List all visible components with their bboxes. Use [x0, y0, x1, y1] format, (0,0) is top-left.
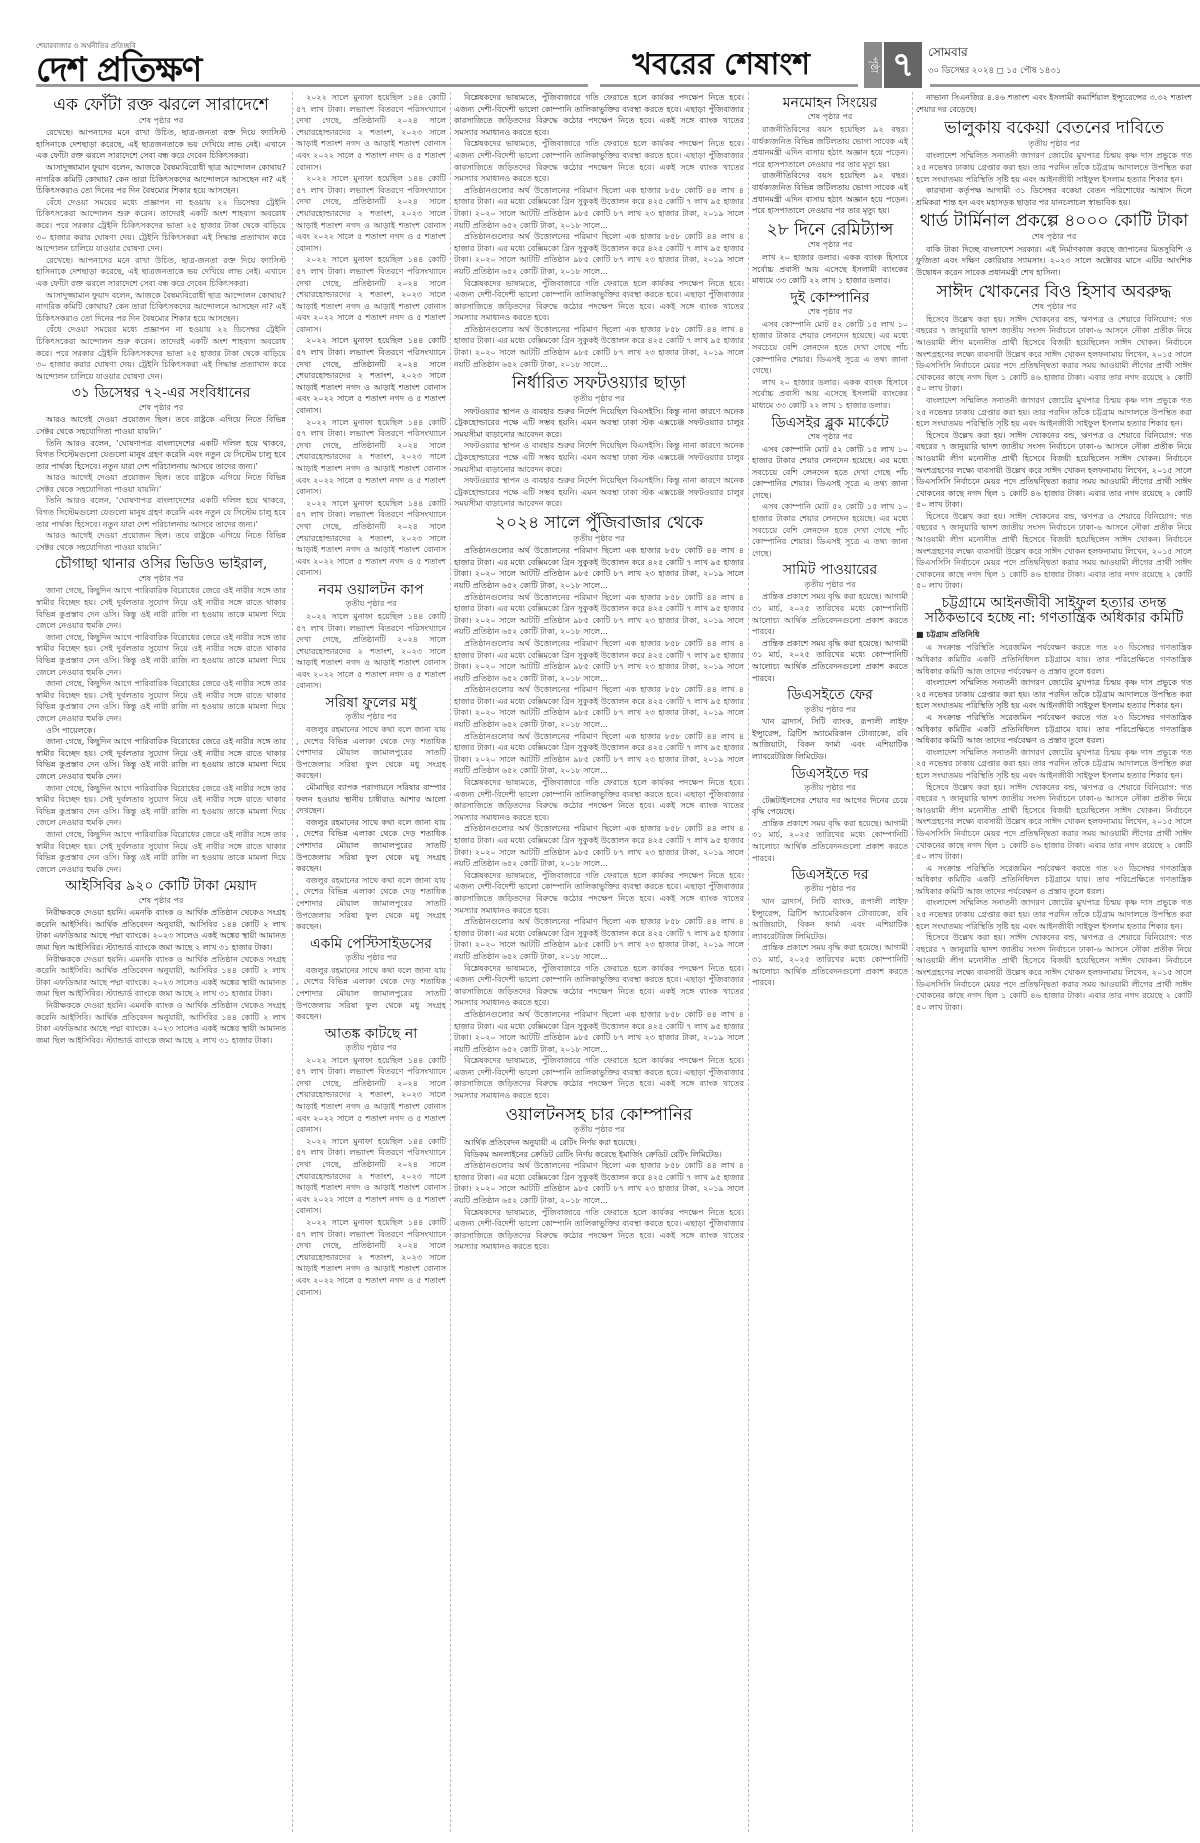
column-4: মনমোহন সিংয়ের শেষ পৃষ্ঠার পর রাজনীতিবিদ…: [752, 92, 908, 1832]
article[interactable]: দুই কোম্পানির শেষ পৃষ্ঠার পর এসব কোম্পান…: [752, 291, 908, 412]
article-headline[interactable]: নবম ওয়ালটন কাপ: [296, 583, 446, 598]
article-paragraph: বিশ্লেষকদের ভাষ্যমতে, পুঁজিবাজারে গতি ফে…: [454, 963, 744, 1009]
article-paragraph: ২০২২ সালে মুনাফা হয়েছিল ১৪৪ কোটি ৫৭ লাখ…: [296, 1136, 446, 1217]
article-paragraph: বিশ্লেষকদের ভাষ্যমতে, পুঁজিবাজারে গতি ফে…: [454, 138, 744, 184]
continued-label: শেষ পৃষ্ঠার পর: [36, 402, 286, 414]
article-paragraph: ২০২২ সালে মুনাফা হয়েছিল ১৪৪ কোটি ৫৭ লাখ…: [296, 173, 446, 254]
article-paragraph: বিশ্লেষকদের ভাষ্যমতে, পুঁজিবাজারে গতি ফে…: [454, 1055, 744, 1101]
article[interactable]: মনমোহন সিংয়ের শেষ পৃষ্ঠার পর রাজনীতিবিদ…: [752, 96, 908, 217]
continued-label: তৃতীয় পৃষ্ঠার পর: [454, 533, 744, 545]
article-paragraph: হিসেবে উল্লেখ করা হয়। সাঈদ খোকনের বন্ড,…: [916, 314, 1192, 395]
article-paragraph: লাখ ২০ হাজার ডলার। একক ব্যাংক হিসাবে সর্…: [752, 377, 908, 412]
article-headline[interactable]: সামিট পাওয়ারের: [752, 563, 908, 578]
article-paragraph: প্রতিষ্ঠানগুলোর অর্থ উত্তোলনের পরিমাণ ছি…: [454, 684, 744, 730]
article-paragraph: বেঁধে দেওয়া সময়ের মধ্যে প্রজ্ঞাপন না হ…: [36, 197, 286, 255]
article-headline[interactable]: ডিএসইর ব্লুক মার্কেটে: [752, 416, 908, 431]
article-paragraph: প্রতিষ্ঠানগুলোর অর্থ উত্তোলনের পরিমাণ ছি…: [454, 592, 744, 638]
article-paragraph: প্রান্তিক প্রকাশে সময় বৃদ্ধি করা হয়েছে…: [752, 818, 908, 864]
article-paragraph: প্রান্তিক প্রকাশে সময় বৃদ্ধি করা হয়েছে…: [752, 638, 908, 684]
column-1: এক ফোঁটা রক্ত ঝরলে সারাদেশে শেষ পৃষ্ঠার …: [36, 92, 286, 1832]
article-paragraph: বিশ্লেষকদের ভাষ্যমতে, পুঁজিবাজারে গতি ফে…: [454, 1207, 744, 1253]
article-paragraph: হিসেবে উল্লেখ করা হয়। সাঈদ খোকনের বন্ড,…: [916, 932, 1192, 1013]
column-2: ২০২২ সালে মুনাফা হয়েছিল ১৪৪ কোটি ৫৭ লাখ…: [296, 92, 446, 1832]
article-paragraph: আর্থিক প্রতিবেদন অনুযায়ী এ রেটিং নির্ণয…: [454, 1137, 744, 1149]
continued-label: তৃতীয় পৃষ্ঠার পর: [296, 598, 446, 610]
article-paragraph: বজলুর রহমানের সাথে কথা বলে জানা যায় , দ…: [296, 817, 446, 875]
logo[interactable]: শেয়ারবাজার ও অর্থনীতির প্রতিচ্ছবি দেশ প…: [36, 40, 201, 88]
page-label: পৃষ্ঠা: [864, 42, 882, 88]
divider: [600, 84, 858, 87]
article[interactable]: নবম ওয়ালটন কাপ তৃতীয় পৃষ্ঠার পর ২০২২ স…: [296, 583, 446, 692]
article[interactable]: ওয়ালটনসহ চার কোম্পানির তৃতীয় পৃষ্ঠার প…: [454, 1106, 744, 1253]
article-paragraph: প্রতিষ্ঠানগুলোর অর্থ উত্তোলনের পরিমাণ ছি…: [454, 185, 744, 231]
article-headline[interactable]: চট্টগ্রামে আইনজীবী সাইফুল হত্যার তদন্ত স…: [916, 596, 1192, 627]
article-headline[interactable]: নির্ধারিত সফটওয়্যার ছাড়া: [454, 374, 744, 393]
column-divider: [292, 92, 293, 1832]
article[interactable]: ডিএসইতে দর তৃতীয় পৃষ্ঠার পর খান ব্রাদার…: [752, 868, 908, 989]
article-paragraph: আসাদুজ্জামান ফুয়াদ বলেন, আজকে বৈষম্যবির…: [36, 290, 286, 325]
article-headline[interactable]: ডিএসইতে ফের: [752, 688, 908, 703]
article-paragraph: সফটওয়্যার স্থাপন ও ব্যবহার শুরুর নির্দে…: [454, 475, 744, 510]
article-headline[interactable]: আতঙ্ক কাটছে না: [296, 1027, 446, 1042]
article-paragraph: রেখেছে। আপনাদের মনে রাখা উচিত, ছাত্র-জনত…: [36, 255, 286, 290]
date-day: সোমবার: [928, 44, 1061, 64]
article-paragraph: বেঁধে দেওয়া সময়ের মধ্যে প্রজ্ঞাপন না হ…: [36, 324, 286, 382]
continued-label: শেষ পৃষ্ঠার পর: [916, 301, 1192, 313]
article-paragraph: প্রতিষ্ঠানগুলোর অর্থ উত্তোলনের পরিমাণ ছি…: [454, 231, 744, 277]
article-headline[interactable]: ৩১ ডিসেম্বর ৭২-এর সংবিধানের: [36, 386, 286, 401]
article-paragraph: ২০২২ সালে মুনাফা হয়েছিল ১৪৪ কোটি ৫৭ লাখ…: [296, 1055, 446, 1136]
article-paragraph: জানা গেছে, কিছুদিন আগে পারিবারিক বিরোধের…: [36, 678, 286, 724]
continued-label: তৃতীয় পৃষ্ঠার পর: [752, 782, 908, 794]
continued-label: শেষ পৃষ্ঠার পর: [752, 306, 908, 318]
article-paragraph: হিসেবে উল্লেখ করা হয়। সাঈদ খোকনের বন্ড,…: [916, 430, 1192, 511]
column-5: নাভানা সিএনজির ৪.৪৬ শতাংশ এবং ইসলামী কমা…: [916, 92, 1192, 1832]
continued-label: শেষ পৃষ্ঠার পর: [752, 431, 908, 443]
article-paragraph: বিশ্লেষকদের ভাষ্যমতে, পুঁজিবাজারে গতি ফে…: [454, 278, 744, 324]
masthead: শেয়ারবাজার ও অর্থনীতির প্রতিচ্ছবি দেশ প…: [0, 0, 1200, 88]
article-paragraph: এ সংক্রান্ত পরিস্থিতি সরেজমিন পর্যবেক্ষণ…: [916, 863, 1192, 898]
article-paragraph: আরও আগেই দেওয়া প্রয়োজন ছিল। তবে রাষ্ট্…: [36, 414, 286, 437]
article-headline[interactable]: সরিষা ফুলের মধু: [296, 696, 446, 711]
column-3: বিশ্লেষকদের ভাষ্যমতে, পুঁজিবাজারে গতি ফে…: [454, 92, 744, 1832]
divider: [36, 84, 588, 87]
article-paragraph: প্রতিষ্ঠানগুলোর অর্থ উত্তোলনের পরিমাণ ছি…: [454, 1009, 744, 1055]
continued-label: তৃতীয় পৃষ্ঠার পর: [916, 138, 1192, 150]
article-paragraph: টেক্সটাইলসের শেয়ার দর আগের দিনের চেয়ে …: [752, 795, 908, 818]
column-divider: [748, 92, 749, 1832]
article[interactable]: ভালুকায় বকেয়া বেতনের দাবিতে তৃতীয় পৃষ…: [916, 119, 1192, 208]
article-paragraph: বাংলাদেশ সম্মিলিত সনাতনী জাগরণ জোটের মুখ…: [916, 395, 1192, 430]
article-paragraph: বিশ্লেষকদের ভাষ্যমতে, পুঁজিবাজারে গতি ফে…: [454, 870, 744, 916]
article-paragraph: বাংলাদেশ সম্মিলিত সনাতনী জাগরণ জোটের মুখ…: [916, 897, 1192, 932]
article-paragraph: প্রতিষ্ঠানগুলোর অর্থ উত্তোলনের পরিমাণ ছি…: [454, 638, 744, 684]
article-paragraph: হিসেবে উল্লেখ করা হয়। সাঈদ খোকনের বন্ড,…: [916, 511, 1192, 592]
article-paragraph: জানা গেছে, কিছুদিন আগে পারিবারিক বিরোধের…: [36, 736, 286, 782]
article-paragraph: হিসেবে উল্লেখ করা হয়। সাঈদ খোকনের বন্ড,…: [916, 782, 1192, 863]
article-paragraph: ওসি পায়েলকে।: [36, 725, 286, 737]
article-headline[interactable]: মনমোহন সিংয়ের: [752, 96, 908, 111]
logo-text: দেশ প্রতিক্ষণ: [36, 52, 201, 88]
article-paragraph: প্রতিষ্ঠানগুলোর অর্থ উত্তোলনের পরিমাণ ছি…: [454, 1160, 744, 1206]
article-paragraph: লাখ ২০ হাজার ডলার। একক ব্যাংক হিসাবে সর্…: [752, 252, 908, 287]
article[interactable]: সরিষা ফুলের মধু তৃতীয় পৃষ্ঠার পর বজলুর …: [296, 696, 446, 933]
article[interactable]: ডিএসইতে ফের তৃতীয় পৃষ্ঠার পর খান ব্রাদা…: [752, 688, 908, 762]
article-headline[interactable]: ভালুকায় বকেয়া বেতনের দাবিতে: [916, 119, 1192, 138]
article-paragraph: বজলুর রহমানের সাথে কথা বলে জানা যায় , দ…: [296, 965, 446, 1023]
article-paragraph: খান ব্রাদার্স, সিটি ব্যাংক, রূপালী লাইফ …: [752, 896, 908, 942]
article-headline[interactable]: ডিএসইতে দর: [752, 767, 908, 782]
article-paragraph: প্রতিষ্ঠানগুলোর অর্থ উত্তোলনের পরিমাণ ছি…: [454, 823, 744, 869]
column-divider: [912, 92, 913, 1832]
article-headline[interactable]: সাঈদ খোকনের বিও হিসাব অবরুদ্ধ: [916, 283, 1192, 302]
article-paragraph: বিডিকম অনলাইনের ক্রেডিট রেটিং নির্ণয় কর…: [454, 1149, 744, 1161]
date-text: ৩০ ডিসেম্বর ২০২৪ ◻ ১৫ পৌষ ১৪৩১: [928, 64, 1061, 78]
column-divider: [450, 92, 451, 1832]
article-headline[interactable]: ২০২৪ সালে পুঁজিবাজার থেকে: [454, 514, 744, 533]
continued-label: শেষ পৃষ্ঠার পর: [36, 895, 286, 907]
article-paragraph: রেখেছে। আপনাদের মনে রাখা উচিত, ছাত্র-জনত…: [36, 127, 286, 162]
article[interactable]: একমি পেস্টিসাইডসের তৃতীয় পৃষ্ঠার পর বজল…: [296, 937, 446, 1023]
article[interactable]: ২০২৪ সালে পুঁজিবাজার থেকে তৃতীয় পৃষ্ঠার…: [454, 514, 744, 1102]
byline: ■ চট্টগ্রাম প্রতিনিধি: [916, 629, 1192, 641]
article-paragraph: প্রতিষ্ঠানগুলোর অর্থ উত্তোলনের পরিমাণ ছি…: [454, 731, 744, 777]
continued-label: শেষ পৃষ্ঠার পর: [36, 115, 286, 127]
article-paragraph: বাংলাদেশ সম্মিলিত সনাতনী জাগরণ জোটের মুখ…: [916, 747, 1192, 782]
continued-label: তৃতীয় পৃষ্ঠার পর: [752, 704, 908, 716]
article-paragraph: নিরীক্ষককে দেওয়া হয়নি। এমনকি ব্যাংক ও …: [36, 907, 286, 953]
article-paragraph: প্রতিষ্ঠানগুলোর অর্থ উত্তোলনের পরিমাণ ছি…: [454, 545, 744, 591]
divider: [930, 84, 1200, 87]
article-paragraph: প্রান্তিক প্রকাশে সময় বৃদ্ধি করা হয়েছে…: [752, 591, 908, 637]
article[interactable]: বিশ্লেষকদের ভাষ্যমতে, পুঁজিবাজারে গতি ফে…: [454, 92, 744, 370]
article-headline[interactable]: থার্ড টার্মিনাল প্রকল্পে ৪০০০ কোটি টাকা: [916, 212, 1192, 231]
article-paragraph: বজলুর রহমানের সাথে কথা বলে জানা যায় , দ…: [296, 724, 446, 782]
article-paragraph: বাংলাদেশ সম্মিলিত সনাতনী জাগরণ জোটের মুখ…: [916, 150, 1192, 185]
page-number: ৭: [884, 42, 922, 88]
article-paragraph: এসব কোম্পানি মোট ৫২ কোটি ১৫ লাখ ১০ হাজার…: [752, 444, 908, 502]
article-paragraph: ২০২২ সালে মুনাফা হয়েছিল ১৪৪ কোটি ৫৭ লাখ…: [296, 335, 446, 416]
article-paragraph: ২০২২ সালে মুনাফা হয়েছিল ১৪৪ কোটি ৫৭ লাখ…: [296, 417, 446, 498]
article-paragraph: ২০২২ সালে মুনাফা হয়েছিল ১৪৪ কোটি ৫৭ লাখ…: [296, 498, 446, 579]
continued-label: তৃতীয় পৃষ্ঠার পর: [454, 393, 744, 405]
article-paragraph: বিশ্লেষকদের ভাষ্যমতে, পুঁজিবাজারে গতি ফে…: [454, 92, 744, 138]
article[interactable]: চট্টগ্রামে আইনজীবী সাইফুল হত্যার তদন্ত স…: [916, 596, 1192, 1013]
article-paragraph: রাজনীতিবিদের বয়স হয়েছিল ৯২ বছর। বার্ধক…: [752, 124, 908, 170]
continued-label: তৃতীয় পৃষ্ঠার পর: [296, 952, 446, 964]
article[interactable]: চৌগাছা থানার ওসির ভিডিও ভাইরাল, শেষ পৃষ্…: [36, 557, 286, 875]
article[interactable]: সামিট পাওয়ারের তৃতীয় পৃষ্ঠার পর প্রান্…: [752, 563, 908, 684]
article-paragraph: ২০২২ সালে মুনাফা হয়েছিল ১৪৪ কোটি ৫৭ লাখ…: [296, 611, 446, 692]
article-paragraph: বাংলাদেশ সম্মিলিত সনাতনী জাগরণ জোটের মুখ…: [916, 677, 1192, 712]
article-paragraph: আরও আগেই দেওয়া প্রয়োজন ছিল। তবে রাষ্ট্…: [36, 472, 286, 495]
dateline: সোমবার ৩০ ডিসেম্বর ২০২৪ ◻ ১৫ পৌষ ১৪৩১: [928, 44, 1061, 78]
continued-label: শেষ পৃষ্ঠার পর: [36, 573, 286, 585]
continued-label: শেষ পৃষ্ঠার পর: [916, 231, 1192, 243]
article[interactable]: ডিএসইতে দর তৃতীয় পৃষ্ঠার পর টেক্সটাইলসে…: [752, 767, 908, 865]
article-paragraph: এসব কোম্পানি মোট ৫২ কোটি ১৫ লাখ ১০ হাজার…: [752, 319, 908, 377]
continued-label: তৃতীয় পৃষ্ঠার পর: [296, 1042, 446, 1054]
continued-label: তৃতীয় পৃষ্ঠার পর: [752, 883, 908, 895]
article-headline[interactable]: এক ফোঁটা রক্ত ঝরলে সারাদেশে: [36, 96, 286, 115]
article-paragraph: বাকি টাকা দিচ্ছে বাংলাদেশ সরকার। এই নির্…: [916, 244, 1192, 279]
article-headline[interactable]: ২৮ দিনে রেমিট্যান্স: [752, 221, 908, 240]
article-paragraph: ২০২২ সালে মুনাফা হয়েছিল ১৪৪ কোটি ৫৭ লাখ…: [296, 254, 446, 335]
article-paragraph: এ সংক্রান্ত পরিস্থিতি সরেজমিন পর্যবেক্ষণ…: [916, 712, 1192, 747]
article[interactable]: এক ফোঁটা রক্ত ঝরলে সারাদেশে শেষ পৃষ্ঠার …: [36, 96, 286, 382]
article-paragraph: রাজনীতিবিদের বয়স হয়েছিল ৯২ বছর। বার্ধক…: [752, 170, 908, 216]
article-paragraph: মৌমাছির ব্যাপক পরাগায়নে সরিষার বাম্পার …: [296, 782, 446, 817]
article-paragraph: জানা গেছে, কিছুদিন আগে পারিবারিক বিরোধের…: [36, 783, 286, 829]
article[interactable]: ২৮ দিনে রেমিট্যান্স শেষ পৃষ্ঠার পর লাখ ২…: [752, 221, 908, 287]
article-paragraph: এ সংক্রান্ত পরিস্থিতি সরেজমিন পর্যবেক্ষণ…: [916, 642, 1192, 677]
article-paragraph: প্রতিষ্ঠানগুলোর অর্থ উত্তোলনের পরিমাণ ছি…: [454, 916, 744, 962]
article-paragraph: বিশ্লেষকদের ভাষ্যমতে, পুঁজিবাজারে গতি ফে…: [454, 777, 744, 823]
continued-label: তৃতীয় পৃষ্ঠার পর: [296, 711, 446, 723]
article[interactable]: সাঈদ খোকনের বিও হিসাব অবরুদ্ধ শেষ পৃষ্ঠা…: [916, 283, 1192, 593]
article-paragraph: এসব কোম্পানি মোট ৫২ কোটি ১৫ লাখ ১০ হাজার…: [752, 501, 908, 559]
article-headline[interactable]: ডিএসইতে দর: [752, 868, 908, 883]
article-paragraph: আরও আগেই দেওয়া প্রয়োজন ছিল। তবে রাষ্ট্…: [36, 530, 286, 553]
article-paragraph: প্রতিষ্ঠানগুলোর অর্থ উত্তোলনের পরিমাণ ছি…: [454, 324, 744, 370]
article-headline[interactable]: চৌগাছা থানার ওসির ভিডিও ভাইরাল,: [36, 557, 286, 572]
article-headline[interactable]: দুই কোম্পানির: [752, 291, 908, 306]
article-headline[interactable]: ওয়ালটনসহ চার কোম্পানির: [454, 1106, 744, 1125]
article-paragraph: কারখানা কর্তৃপক্ষ আগামী ৩১ ডিসেম্বর বকেয…: [916, 185, 1192, 208]
article-paragraph: নিরীক্ষককে দেওয়া হয়নি। এমনকি ব্যাংক ও …: [36, 1000, 286, 1046]
article[interactable]: আইসিবির ৯২০ কোটি টাকা মেয়াদ শেষ পৃষ্ঠার…: [36, 879, 286, 1046]
article-paragraph: জানা গেছে, কিছুদিন আগে পারিবারিক বিরোধের…: [36, 829, 286, 875]
article[interactable]: থার্ড টার্মিনাল প্রকল্পে ৪০০০ কোটি টাকা …: [916, 212, 1192, 278]
article[interactable]: নাভানা সিএনজির ৪.৪৬ শতাংশ এবং ইসলামী কমা…: [916, 92, 1192, 115]
article-paragraph: আসাদুজ্জামান ফুয়াদ বলেন, আজকে বৈষম্যবির…: [36, 162, 286, 197]
article-paragraph: তিনি আরও বলেন, ‘ঘোষণাপত্র বাংলাদেশের একট…: [36, 438, 286, 473]
article-paragraph: জানা গেছে, কিছুদিন আগে পারিবারিক বিরোধের…: [36, 632, 286, 678]
article-paragraph: নিরীক্ষককে দেওয়া হয়নি। এমনকি ব্যাংক ও …: [36, 954, 286, 1000]
article[interactable]: ডিএসইর ব্লুক মার্কেটে শেষ পৃষ্ঠার পর এসব…: [752, 416, 908, 560]
article-paragraph: তিনি আরও বলেন, ‘ঘোষণাপত্র বাংলাদেশের একট…: [36, 495, 286, 530]
continued-label: তৃতীয় পৃষ্ঠার পর: [752, 579, 908, 591]
article-paragraph: সফটওয়্যার স্থাপন ও ব্যবহার শুরুর নির্দে…: [454, 406, 744, 441]
article-headline[interactable]: আইসিবির ৯২০ কোটি টাকা মেয়াদ: [36, 879, 286, 894]
article-paragraph: নাভানা সিএনজির ৪.৪৬ শতাংশ এবং ইসলামী কমা…: [916, 92, 1192, 115]
continued-label: শেষ পৃষ্ঠার পর: [752, 111, 908, 123]
article-paragraph: খান ব্রাদার্স, সিটি ব্যাংক, রূপালী লাইফ …: [752, 716, 908, 762]
article-paragraph: সফটওয়্যার স্থাপন ও ব্যবহার শুরুর নির্দে…: [454, 440, 744, 475]
continued-label: শেষ পৃষ্ঠার পর: [752, 239, 908, 251]
article[interactable]: ৩১ ডিসেম্বর ৭২-এর সংবিধানের শেষ পৃষ্ঠার …: [36, 386, 286, 553]
article-paragraph: ২০২২ সালে মুনাফা হয়েছিল ১৪৪ কোটি ৫৭ লাখ…: [296, 1217, 446, 1298]
article[interactable]: ২০২২ সালে মুনাফা হয়েছিল ১৪৪ কোটি ৫৭ লাখ…: [296, 92, 446, 579]
article-headline[interactable]: একমি পেস্টিসাইডসের: [296, 937, 446, 952]
article[interactable]: নির্ধারিত সফটওয়্যার ছাড়া তৃতীয় পৃষ্ঠা…: [454, 374, 744, 510]
article-paragraph: প্রান্তিক প্রকাশে সময় বৃদ্ধি করা হয়েছে…: [752, 942, 908, 988]
article-paragraph: ২০২২ সালে মুনাফা হয়েছিল ১৪৪ কোটি ৫৭ লাখ…: [296, 92, 446, 173]
article-paragraph: বজলুর রহমানের সাথে কথা বলে জানা যায় , দ…: [296, 875, 446, 933]
article-paragraph: জানা গেছে, কিছুদিন আগে পারিবারিক বিরোধের…: [36, 585, 286, 631]
article[interactable]: আতঙ্ক কাটছে না তৃতীয় পৃষ্ঠার পর ২০২২ সা…: [296, 1027, 446, 1298]
continued-label: তৃতীয় পৃষ্ঠার পর: [454, 1124, 744, 1136]
